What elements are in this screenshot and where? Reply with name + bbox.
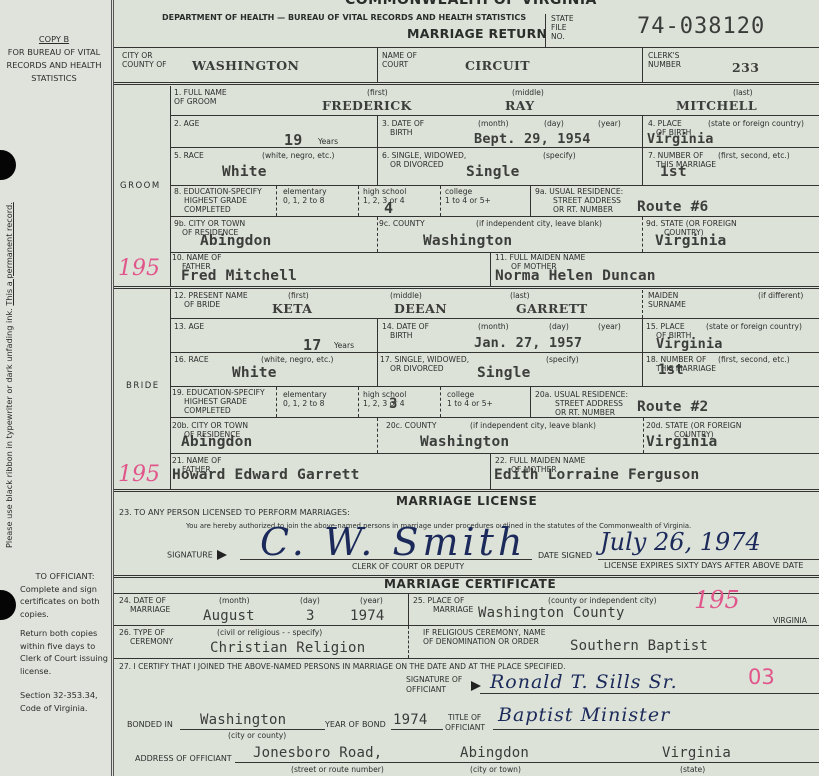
ink-instruction-text: Please use black ribbon in typewriter or… [4, 308, 14, 548]
bride-city: Abingdon [181, 434, 252, 450]
bride-mother: Edith Lorraine Ferguson [494, 467, 699, 483]
state-hint: (state) [680, 765, 705, 774]
label-line: OR DIVORCED [382, 160, 466, 169]
rule [170, 147, 819, 148]
label-line: 0, 1, 2 to 8 [283, 196, 327, 205]
label-line: COMPLETED [172, 406, 265, 415]
bride-middle-name: DEEAN [394, 301, 447, 316]
year-hint: (year) [598, 119, 621, 128]
bride-residence: Route #2 [637, 399, 708, 415]
rule [642, 47, 643, 82]
bride-race: White [232, 365, 277, 381]
rule [440, 387, 441, 417]
groom-county-label: 9c. COUNTY [379, 219, 425, 228]
bride-age-label: 13. AGE [174, 322, 204, 331]
pob-hint: (state or foreign country) [708, 119, 804, 128]
permanent-record-text: This a permanent record. [4, 202, 14, 305]
groom-race: White [222, 164, 267, 180]
place-state: VIRGINIA [773, 616, 807, 625]
bride-education: 3 [389, 396, 398, 412]
label-line: SIGNATURE OF [406, 675, 462, 685]
address-label: ADDRESS OF OFFICIANT [135, 754, 232, 763]
officiant-signature[interactable]: Ronald T. Sills Sr. [490, 671, 678, 693]
state-file-number: 74-038120 [637, 14, 765, 39]
label-line: OR RT. NUMBER [535, 205, 623, 214]
groom-residence: Route #6 [637, 199, 708, 215]
label-line: MAIDEN [648, 291, 686, 300]
groom-edu-label: 8. EDUCATION-SPECIFYHIGHEST GRADECOMPLET… [174, 187, 262, 214]
edu-elementary-hint: elementary0, 1, 2 to 8 [283, 187, 327, 205]
license-title: MARRIAGE LICENSE [396, 494, 537, 508]
label-line: 19. EDUCATION-SPECIFY [172, 388, 265, 397]
label-line: BIRTH [382, 128, 424, 137]
label-line: NO. [551, 32, 574, 41]
label-line: COMPLETED [174, 205, 262, 214]
day-hint: (day) [549, 322, 569, 331]
denomination: Southern Baptist [570, 638, 708, 654]
copy-b-line: FOR BUREAU OF VITAL [0, 46, 108, 59]
copy-b-title: COPY B [0, 33, 108, 46]
label-line: OR RT. NUMBER [535, 408, 628, 417]
label-line: MARRIAGE [119, 605, 170, 614]
label-line: 21. NAME OF [172, 456, 221, 465]
groom-dob-label: 3. DATE OFBIRTH [382, 119, 424, 137]
years-unit: Years [334, 341, 354, 350]
ceremony-type: Christian Religion [210, 640, 365, 656]
rule [642, 115, 643, 185]
groom-race-label: 5. RACE [174, 151, 204, 160]
rule [276, 186, 277, 216]
label-line: FILE [551, 23, 574, 32]
middle-hint: (middle) [512, 88, 544, 97]
ceremony-hint: (civil or religious - - specify) [217, 628, 322, 637]
label-line: 26. TYPE OF [119, 628, 173, 637]
rule [377, 147, 378, 185]
bride-dob-label: 14. DATE OFBIRTH [382, 322, 429, 340]
marriage-place: Washington County [478, 605, 625, 621]
bride-state: Virginia [646, 434, 717, 450]
groom-mother: Norma Helen Duncan [495, 268, 656, 284]
groom-pob: Virginia [647, 131, 714, 147]
groom-residence-label: 9a. USUAL RESIDENCE:STREET ADDRESSOR RT.… [535, 187, 623, 214]
groom-city: Abingdon [200, 233, 271, 249]
label-line: IF RELIGIOUS CEREMONY, NAME [423, 628, 546, 637]
maiden-surname-label: MAIDENSURNAME [648, 291, 686, 309]
edu-college-hint: college1 to 4 or 5+ [445, 187, 491, 205]
bride-last-name: GARRETT [516, 301, 588, 316]
officiant-instruction: Return both copies within five days to C… [20, 627, 110, 677]
label-line: COUNTY OF [122, 60, 167, 69]
officiant-street: Jonesboro Road, [253, 745, 382, 761]
pob-hint: (state or foreign country) [706, 322, 802, 331]
rule [170, 185, 819, 186]
label-line: 17. SINGLE, WIDOWED, [380, 355, 469, 364]
first-hint: (first) [288, 291, 309, 300]
groom-father: Fred Mitchell [181, 268, 297, 284]
bond-year: 1974 [393, 712, 428, 728]
clerk-number-value: 233 [732, 60, 759, 75]
label-line: 12. PRESENT NAME [174, 291, 248, 300]
marriage-return-form: COPY B FOR BUREAU OF VITAL RECORDS AND H… [0, 0, 819, 776]
label-line: OF GROOM [174, 97, 227, 106]
city-hint: (city or town) [470, 765, 521, 774]
department-title: DEPARTMENT OF HEALTH — BUREAU OF VITAL R… [162, 13, 526, 22]
label-line: BIRTH [382, 331, 429, 340]
officiant-instructions: TO OFFICIANT: Complete and sign certific… [20, 570, 110, 721]
state-file-label: STATE FILE NO. [545, 14, 574, 47]
rule [170, 417, 819, 418]
label-line: 0, 1, 2 to 8 [283, 399, 327, 408]
label-line: 20d. STATE (OR FOREIGN [646, 421, 742, 430]
rule [377, 318, 378, 352]
date-signed-line [598, 559, 819, 560]
label-line: OR DIVORCED [380, 364, 469, 373]
label-line: elementary [283, 187, 327, 196]
race-hint: (white, negro, etc.) [262, 151, 335, 160]
rule [114, 489, 819, 492]
denomination-label: IF RELIGIOUS CEREMONY, NAMEOF DENOMINATI… [423, 628, 546, 646]
form-title: MARRIAGE RETURN [407, 26, 547, 41]
marriage-place-label: 25. PLACE OFMARRIAGE [413, 596, 473, 614]
rule [377, 115, 378, 147]
groom-last-name: MITCHELL [676, 98, 757, 113]
city-county-label: CITY ORCOUNTY OF [122, 51, 167, 69]
label-line: 25. PLACE OF [413, 596, 473, 605]
maiden-hint: (if different) [758, 291, 803, 300]
bride-name-label: 12. PRESENT NAMEOF BRIDE [174, 291, 248, 309]
court-value: CIRCUIT [465, 58, 530, 73]
label-line: OF DENOMINATION OR ORDER [423, 637, 546, 646]
marriage-date-label: 24. DATE OFMARRIAGE [119, 596, 170, 614]
label-line: 1. FULL NAME [174, 88, 227, 97]
state-title: COMMONWEALTH OF VIRGINIA [345, 0, 597, 8]
year-hint: (year) [360, 596, 383, 605]
rule [490, 252, 491, 286]
officiant-state: Virginia [662, 745, 731, 761]
certify-statement: 27. I CERTIFY THAT I JOINED THE ABOVE-NA… [119, 662, 566, 671]
bride-residence-label: 20a. USUAL RESIDENCE:STREET ADDRESSOR RT… [535, 390, 628, 417]
groom-education: 4 [384, 199, 393, 217]
label-line: OFFICIANT [445, 723, 485, 733]
officiant-title: TO OFFICIANT: [20, 570, 110, 583]
rule [170, 289, 171, 489]
license-signature-label: SIGNATURE [167, 550, 227, 560]
place-hint: (county or independent city) [548, 596, 657, 605]
rule [642, 217, 643, 252]
label-line: STREET ADDRESS [535, 399, 628, 408]
bride-county: Washington [420, 434, 509, 450]
rule [114, 82, 819, 85]
address-line [235, 762, 819, 763]
rule [114, 625, 819, 626]
bond-year-line [391, 729, 443, 730]
race-hint: (white, negro, etc.) [261, 355, 334, 364]
officiant-title[interactable]: Baptist Minister [498, 704, 670, 726]
groom-marital-label: 6. SINGLE, WIDOWED,OR DIVORCED [382, 151, 466, 169]
specify-hint: (specify) [543, 151, 576, 160]
label-line: MARRIAGE [413, 605, 473, 614]
edu-elementary-hint: elementary0, 1, 2 to 8 [283, 390, 327, 408]
label-line: NAME OF [382, 51, 417, 60]
court-label: NAME OFCOURT [382, 51, 417, 69]
license-item-label: 23. TO ANY PERSON LICENSED TO PERFORM MA… [119, 508, 350, 517]
officiant-signature-line [480, 693, 819, 694]
label-line: 9a. USUAL RESIDENCE: [535, 187, 623, 196]
num-hint: (first, second, etc.) [718, 151, 790, 160]
label-line: OF BRIDE [174, 300, 248, 309]
label-line: CEREMONY [119, 637, 173, 646]
marriage-year: 1974 [350, 608, 385, 624]
license-expiry: LICENSE EXPIRES SIXTY DAYS AFTER ABOVE D… [604, 561, 803, 570]
rule [170, 352, 819, 353]
rule [408, 593, 409, 625]
label-line: elementary [283, 390, 327, 399]
rule [530, 386, 531, 417]
label-line: TITLE OF [445, 713, 485, 723]
bride-num-marriage: 1st [658, 362, 684, 378]
rule [377, 418, 378, 453]
label-line: 9d. STATE (OR FOREIGN [646, 219, 737, 228]
rule [358, 387, 359, 417]
county-hint: (if independent city, leave blank) [476, 219, 602, 228]
groom-county: Washington [423, 233, 512, 249]
rule [276, 387, 277, 417]
ceremony-type-label: 26. TYPE OFCEREMONY [119, 628, 173, 646]
date-signed[interactable]: July 26, 1974 [600, 528, 761, 556]
bonded-in-label: BONDED IN [127, 720, 173, 729]
rule [170, 386, 819, 387]
label-line: STREET ADDRESS [535, 196, 623, 205]
officiant-title-line [493, 729, 819, 730]
label-line: 20b. CITY OR TOWN [172, 421, 248, 430]
county-hint: (if independent city, leave blank) [470, 421, 596, 430]
label-line: 20a. USUAL RESIDENCE: [535, 390, 628, 399]
clerk-signature[interactable]: C. W. Smith [260, 520, 526, 564]
years-unit: Years [318, 137, 338, 146]
groom-dob: Bept. 29, 1954 [474, 131, 591, 147]
rule [358, 186, 359, 216]
bride-dob: Jan. 27, 1957 [474, 335, 582, 351]
groom-age-label: 2. AGE [174, 119, 199, 128]
label-line: 4. PLACE [648, 119, 691, 128]
officiant-code-mark: 03 [748, 665, 775, 689]
bride-race-label: 16. RACE [174, 355, 209, 364]
label-line: high school [363, 390, 406, 399]
street-hint: (street or route number) [291, 765, 384, 774]
month-hint: (month) [478, 322, 509, 331]
label-line: 9b. CITY OR TOWN [174, 219, 245, 228]
label-line: 1 to 4 or 5+ [447, 399, 493, 408]
arrow-right-icon [471, 681, 481, 691]
rule [114, 658, 819, 659]
rule [530, 185, 531, 216]
bride-edu-label: 19. EDUCATION-SPECIFYHIGHEST GRADECOMPLE… [172, 388, 265, 415]
label-line: college [447, 390, 493, 399]
officiant-city: Abingdon [460, 745, 529, 761]
bride-marital-label: 17. SINGLE, WIDOWED,OR DIVORCED [380, 355, 469, 373]
day-hint: (day) [544, 119, 564, 128]
marriage-day: 3 [306, 608, 315, 624]
ink-instruction: Please use black ribbon in typewriter or… [4, 202, 14, 548]
label-line: SURNAME [648, 300, 686, 309]
label-line: OFFICIANT [406, 685, 462, 695]
label-line: college [445, 187, 491, 196]
bride-pob: Virginia [656, 336, 723, 352]
copy-b-line: RECORDS AND HEALTH [0, 59, 108, 72]
officiant-instruction: Complete and sign certificates on both c… [20, 583, 110, 621]
edu-highschool-hint: high school1, 2, 3 or 4 [363, 390, 406, 408]
num-hint: (first, second, etc.) [718, 355, 790, 364]
city-county-value: WASHINGTON [192, 58, 299, 73]
label-line: 8. EDUCATION-SPECIFY [174, 187, 262, 196]
bond-year-label: YEAR OF BOND [325, 720, 386, 729]
bride-marital-status: Single [477, 365, 531, 381]
specify-hint: (specify) [546, 355, 579, 364]
label-line: 1 to 4 or 5+ [445, 196, 491, 205]
groom-num-marriage: 1st [660, 164, 687, 180]
bonded-in: Washington [200, 712, 286, 728]
rule [114, 286, 819, 289]
label-line: 22. FULL MAIDEN NAME [495, 456, 585, 465]
officiant-title-label: TITLE OFOFFICIANT [445, 713, 485, 733]
bonded-in-line [180, 729, 325, 730]
rule [408, 626, 409, 658]
groom-name-label: 1. FULL NAMEOF GROOM [174, 88, 227, 106]
year-hint: (year) [598, 322, 621, 331]
rule [440, 186, 441, 216]
rule [170, 216, 819, 217]
code-reference: Section 32-353.34, Code of Virginia. [20, 689, 110, 714]
rule [170, 318, 819, 319]
label-line: 7. NUMBER OF [648, 151, 716, 160]
label-line: 3. DATE OF [382, 119, 424, 128]
bride-father: Howard Edward Garrett [172, 467, 360, 483]
rule [114, 47, 819, 48]
label-line: 24. DATE OF [119, 596, 170, 605]
signature-label-text: SIGNATURE [167, 551, 213, 560]
label-line: COURT [382, 60, 417, 69]
month-hint: (month) [478, 119, 509, 128]
groom-state: Virginia [655, 233, 726, 249]
edu-college-hint: college1 to 4 or 5+ [447, 390, 493, 408]
place-code-mark: 195 [694, 586, 740, 614]
label-line: HIGHEST GRADE [174, 196, 262, 205]
label-line: HIGHEST GRADE [172, 397, 265, 406]
label-line: CITY OR [122, 51, 167, 60]
label-line: 15. PLACE [646, 322, 691, 331]
copy-b-note: COPY B FOR BUREAU OF VITAL RECORDS AND H… [0, 33, 108, 85]
rule [642, 290, 643, 318]
clerk-caption: CLERK OF COURT OR DEPUTY [352, 562, 464, 571]
clerk-number-label: CLERK'SNUMBER [648, 51, 681, 69]
label-line: 14. DATE OF [382, 322, 429, 331]
groom-middle-name: RAY [505, 98, 535, 113]
label-line: CLERK'S [648, 51, 681, 60]
bride-section-label: BRIDE [126, 381, 160, 391]
rule [377, 47, 378, 82]
officiant-signature-label: SIGNATURE OFOFFICIANT [406, 675, 462, 695]
arrow-right-icon [217, 550, 227, 560]
marriage-month: August [203, 608, 255, 624]
groom-first-name: FREDERICK [322, 98, 412, 113]
bonded-hint: (city or county) [228, 731, 286, 740]
label-line: 6. SINGLE, WIDOWED, [382, 151, 466, 160]
certificate-title: MARRIAGE CERTIFICATE [384, 577, 556, 591]
last-hint: (last) [733, 88, 753, 97]
margin-rule [111, 0, 114, 776]
middle-hint: (middle) [390, 291, 422, 300]
label-line: 11. FULL MAIDEN NAME [495, 253, 585, 262]
day-hint: (day) [300, 596, 320, 605]
label-line: high school [363, 187, 406, 196]
rule [490, 453, 491, 489]
rule [377, 352, 378, 386]
rule [170, 86, 171, 286]
rule [377, 217, 378, 252]
groom-marital-status: Single [466, 164, 520, 180]
bride-county-label: 20c. COUNTY [386, 421, 436, 430]
groom-code-mark: 195 [118, 256, 160, 281]
copy-b-line: STATISTICS [0, 72, 108, 85]
bride-code-mark: 195 [118, 462, 160, 487]
rule [170, 115, 819, 116]
first-hint: (first) [367, 88, 388, 97]
date-signed-label: DATE SIGNED [538, 551, 592, 560]
rule [170, 453, 819, 454]
label-line: 1, 2, 3 or 4 [363, 399, 406, 408]
month-hint: (month) [219, 596, 250, 605]
label-line: STATE [551, 14, 574, 23]
rule [643, 418, 644, 453]
label-line: NUMBER [648, 60, 681, 69]
groom-section-label: GROOM [120, 181, 161, 191]
label-line: 10. NAME OF [172, 253, 221, 262]
last-hint: (last) [510, 291, 530, 300]
bride-first-name: KETA [272, 301, 312, 316]
